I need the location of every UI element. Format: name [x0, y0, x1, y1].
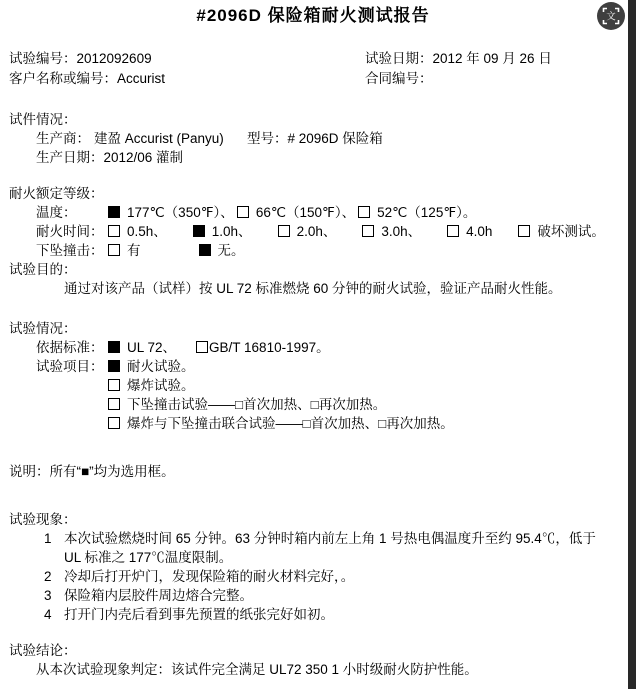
- temperature-label: 温度：: [36, 203, 108, 222]
- production-date-label: 生产日期：: [36, 148, 104, 167]
- checkbox-empty-icon: [237, 206, 249, 218]
- translate-capture-button[interactable]: 文: [597, 2, 625, 30]
- standard-option-ul72: UL 72、: [108, 340, 176, 355]
- temp-option-52: 52℃（125℉）。: [358, 205, 476, 220]
- time-option-1.0h: 1.0h、: [193, 224, 252, 239]
- checkbox-empty-icon: [108, 417, 120, 429]
- checkbox-empty-icon: [108, 225, 120, 237]
- production-date-value: 2012/06 灌制: [104, 150, 184, 165]
- checkbox-empty-icon: [362, 225, 374, 237]
- specimen-heading: 试件情况：: [0, 110, 626, 129]
- observation-number: 2: [0, 567, 64, 586]
- project-row: 试验项目：耐火试验。: [0, 357, 626, 376]
- header-row-2: 客户名称或编号：Accurist 合同编号：: [0, 69, 626, 89]
- conditions-heading: 试验情况：: [0, 319, 626, 338]
- observation-item-3: 3保险箱内层胶件周边熔合完整。: [0, 586, 626, 605]
- note-label: 说明：: [9, 464, 50, 479]
- time-option-destruction: 破坏测试。: [518, 224, 605, 239]
- production-date-row: 生产日期：2012/06 灌制: [0, 148, 626, 167]
- observation-text: 保险箱内层胶件周边熔合完整。: [64, 586, 626, 605]
- checkbox-empty-icon: [108, 379, 120, 391]
- checkbox-empty-icon: [518, 225, 530, 237]
- observation-text: 冷却后打开炉门，发现保险箱的耐火材料完好，。: [64, 567, 626, 586]
- temp-option-177: 177℃（350℉）、: [108, 205, 234, 220]
- report-document: #2096D 保险箱耐火测试报告 试验编号：2012092609 试验日期：20…: [0, 0, 626, 679]
- temp-option-66: 66℃（150℉）、: [237, 205, 355, 220]
- checkbox-filled-icon: [108, 206, 120, 218]
- observation-number: 3: [0, 586, 64, 605]
- test-date-label: 试验日期：: [365, 51, 433, 66]
- observation-number: 4: [0, 605, 64, 624]
- observation-item-2: 2冷却后打开炉门，发现保险箱的耐火材料完好，。: [0, 567, 626, 586]
- time-option-4.0h: 4.0h: [447, 224, 492, 239]
- translate-capture-icon: 文: [602, 7, 620, 25]
- note-row: 说明：所有“■”均为选用框。: [0, 462, 626, 481]
- fire-time-label: 耐火时间：: [36, 222, 108, 241]
- standard-label: 依据标准：: [36, 338, 108, 357]
- time-option-3.0h: 3.0h、: [362, 224, 421, 239]
- test-date-field: 试验日期：2012 年 09 月 26 日: [365, 49, 626, 69]
- observations-heading: 试验现象：: [0, 510, 626, 529]
- observation-item-1: 1本次试验燃烧时间 65 分钟。63 分钟时箱内前左上角 1 号热电偶温度升至约…: [0, 529, 626, 567]
- project-option-fire: 耐火试验。: [108, 359, 195, 374]
- checkbox-filled-icon: [108, 341, 120, 353]
- manufacturer-row: 生产商：建盈 Accurist (Panyu)型号：# 2096D 保险箱: [0, 129, 626, 148]
- project-option-combined: 爆炸与下坠撞击联合试验——□首次加热、□再次加热。: [0, 414, 626, 433]
- checkbox-empty-icon: [358, 206, 370, 218]
- checkbox-empty-icon: [447, 225, 459, 237]
- customer-field: 客户名称或编号：Accurist: [0, 69, 365, 89]
- purpose-text: 通过对该产品（试样）按 UL 72 标准燃烧 60 分钟的耐火试验，验证产品耐火…: [0, 279, 626, 298]
- project-label: 试验项目：: [36, 357, 108, 376]
- test-number-label: 试验编号：: [9, 51, 77, 66]
- observation-text: 本次试验燃烧时间 65 分钟。63 分钟时箱内前左上角 1 号热电偶温度升至约 …: [64, 529, 626, 567]
- manufacturer-value: 建盈 Accurist (Panyu): [94, 129, 247, 148]
- drop-option-no: 无。: [199, 243, 245, 258]
- header-row-1: 试验编号：2012092609 试验日期：2012 年 09 月 26 日: [0, 49, 626, 69]
- manufacturer-label: 生产商：: [36, 129, 94, 148]
- model-label: 型号：: [247, 129, 288, 148]
- drop-impact-row: 下坠撞击：有无。: [0, 241, 626, 260]
- conclusion-heading: 试验结论：: [0, 641, 626, 660]
- contract-field: 合同编号：: [365, 69, 626, 89]
- purpose-heading: 试验目的：: [0, 260, 626, 279]
- page-title: #2096D 保险箱耐火测试报告: [0, 3, 626, 29]
- observation-number: 1: [0, 529, 64, 567]
- standard-row: 依据标准：UL 72、GB/T 16810-1997。: [0, 338, 626, 357]
- checkbox-empty-icon: [108, 244, 120, 256]
- observation-item-4: 4打开门内壳后看到事先预置的纸张完好如初。: [0, 605, 626, 624]
- standard-option-gbt: GB/T 16810-1997。: [196, 340, 330, 355]
- model-value: # 2096D 保险箱: [288, 131, 383, 146]
- checkbox-filled-icon: [199, 244, 211, 256]
- customer-label: 客户名称或编号：: [9, 71, 117, 86]
- time-option-2.0h: 2.0h、: [278, 224, 337, 239]
- checkbox-filled-icon: [108, 360, 120, 372]
- drop-impact-label: 下坠撞击：: [36, 241, 108, 260]
- test-number-field: 试验编号：2012092609: [0, 49, 365, 69]
- scrollbar[interactable]: [628, 0, 636, 689]
- test-number-value: 2012092609: [77, 51, 152, 66]
- customer-value: Accurist: [117, 71, 165, 86]
- test-date-value: 2012 年 09 月 26 日: [433, 51, 552, 66]
- rating-heading: 耐火额定等级：: [0, 184, 626, 203]
- fire-time-row: 耐火时间：0.5h、1.0h、2.0h、3.0h、4.0h破坏测试。: [0, 222, 626, 241]
- drop-option-yes: 有: [108, 243, 141, 258]
- checkbox-empty-icon: [278, 225, 290, 237]
- note-text: 所有“■”均为选用框。: [50, 464, 175, 479]
- translate-glyph: 文: [606, 11, 616, 23]
- checkbox-empty-icon: [108, 398, 120, 410]
- temperature-row: 温度：177℃（350℉）、66℃（150℉）、52℃（125℉）。: [0, 203, 626, 222]
- project-option-explosion: 爆炸试验。: [0, 376, 626, 395]
- project-option-drop: 下坠撞击试验——□首次加热、□再次加热。: [0, 395, 626, 414]
- contract-label: 合同编号：: [365, 71, 433, 86]
- observation-text: 打开门内壳后看到事先预置的纸张完好如初。: [64, 605, 626, 624]
- checkbox-empty-icon: [196, 341, 208, 353]
- checkbox-filled-icon: [193, 225, 205, 237]
- time-option-0.5h: 0.5h、: [108, 224, 167, 239]
- conclusion-text: 从本次试验现象判定：该试件完全满足 UL72 350 1 小时级耐火防护性能。: [0, 660, 626, 679]
